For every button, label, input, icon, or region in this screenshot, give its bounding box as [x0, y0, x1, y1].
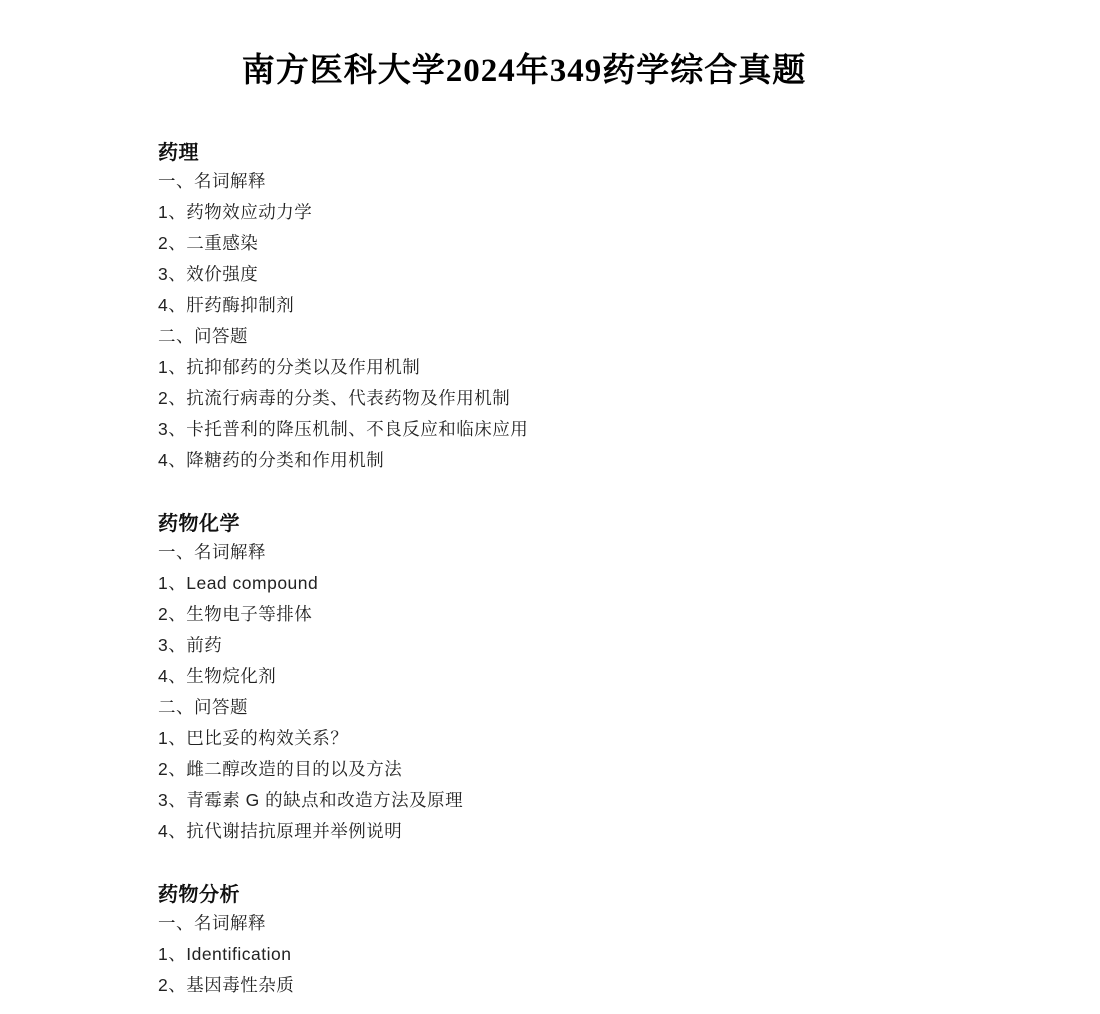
- section-heading: 药理: [158, 141, 890, 166]
- section-lines: 一、名词解释1、Lead compound2、生物电子等排体3、前药4、生物烷化…: [158, 537, 890, 847]
- question-line: 一、名词解释: [158, 908, 890, 939]
- question-line: 3、卡托普利的降压机制、不良反应和临床应用: [158, 414, 890, 445]
- question-line: 一、名词解释: [158, 537, 890, 568]
- question-line: 1、抗抑郁药的分类以及作用机制: [158, 352, 890, 383]
- question-line: 1、药物效应动力学: [158, 197, 890, 228]
- exam-section: 药物分析 一、名词解释1、Identification2、基因毒性杂质: [158, 883, 890, 1001]
- question-line: 2、雌二醇改造的目的以及方法: [158, 754, 890, 785]
- question-line: 1、巴比妥的构效关系？: [158, 723, 890, 754]
- question-line: 一、名词解释: [158, 166, 890, 197]
- exam-section: 药物化学 一、名词解释1、Lead compound2、生物电子等排体3、前药4…: [158, 512, 890, 847]
- section-heading: 药物分析: [158, 883, 890, 908]
- section-heading: 药物化学: [158, 512, 890, 537]
- sections: 药理 一、名词解释1、药物效应动力学2、二重感染3、效价强度4、肝药酶抑制剂二、…: [158, 141, 890, 1001]
- section-lines: 一、名词解释1、药物效应动力学2、二重感染3、效价强度4、肝药酶抑制剂二、问答题…: [158, 166, 890, 476]
- question-line: 3、前药: [158, 630, 890, 661]
- question-line: 4、降糖药的分类和作用机制: [158, 445, 890, 476]
- section-lines: 一、名词解释1、Identification2、基因毒性杂质: [158, 908, 890, 1001]
- document-title: 南方医科大学2024年349药学综合真题: [158, 48, 890, 94]
- question-line: 1、Lead compound: [158, 568, 890, 599]
- question-line: 2、抗流行病毒的分类、代表药物及作用机制: [158, 383, 890, 414]
- question-line: 4、生物烷化剂: [158, 661, 890, 692]
- document-page: 南方医科大学2024年349药学综合真题 药理 一、名词解释1、药物效应动力学2…: [0, 0, 1100, 1014]
- question-line: 4、抗代谢拮抗原理并举例说明: [158, 816, 890, 847]
- question-line: 2、生物电子等排体: [158, 599, 890, 630]
- question-line: 二、问答题: [158, 692, 890, 723]
- question-line: 4、肝药酶抑制剂: [158, 290, 890, 321]
- exam-section: 药理 一、名词解释1、药物效应动力学2、二重感染3、效价强度4、肝药酶抑制剂二、…: [158, 141, 890, 476]
- question-line: 2、基因毒性杂质: [158, 970, 890, 1001]
- question-line: 1、Identification: [158, 939, 890, 970]
- question-line: 3、青霉素 G 的缺点和改造方法及原理: [158, 785, 890, 816]
- question-line: 3、效价强度: [158, 259, 890, 290]
- question-line: 2、二重感染: [158, 228, 890, 259]
- question-line: 二、问答题: [158, 321, 890, 352]
